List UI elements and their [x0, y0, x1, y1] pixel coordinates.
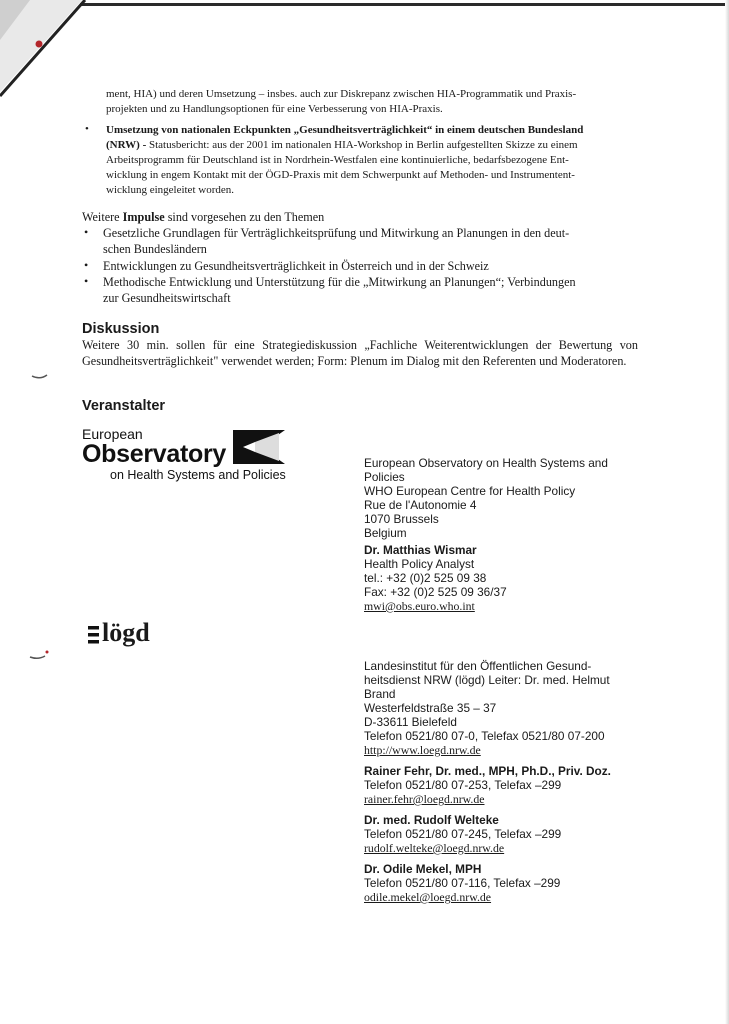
contact-role: Health Policy Analyst [364, 557, 644, 571]
contact-person-name: Dr. Matthias Wismar [364, 543, 644, 557]
contact-person-name: Dr. med. Rudolf Welteke [364, 813, 644, 827]
bullet-nrw-title-cont: (NRW) - [106, 139, 146, 151]
text-line: projekten und zu Handlungsoptionen für e… [106, 102, 636, 117]
diskussion-text: Weitere 30 min. sollen für eine Strategi… [82, 337, 638, 369]
bullet-icon: • [84, 274, 88, 289]
contact-phone: Telefon 0521/80 07-253, Telefax –299 [364, 778, 644, 792]
bullet-icon: • [85, 123, 89, 135]
email-link[interactable]: odile.mekel@loegd.nrw.de [364, 890, 491, 904]
logd-contact: Landesinstitut für den Öffentlichen Gesu… [364, 659, 644, 904]
website-link[interactable]: http://www.loegd.nrw.de [364, 743, 481, 757]
scan-mark-icon [28, 648, 50, 662]
page-corner-fold-icon [0, 0, 95, 100]
impulse-intro: Weitere Impulse sind vorgesehen zu den T… [82, 209, 638, 225]
bullet-icon: • [84, 258, 88, 273]
scan-top-edge [80, 3, 729, 6]
text-line: ment, HIA) und deren Umsetzung – insbes.… [106, 87, 636, 102]
scan-mark-icon [30, 372, 50, 382]
bullet-nrw: Umsetzung von nationalen Eckpunkten „Ges… [106, 123, 636, 198]
contact-fax: Fax: +32 (0)2 525 09 36/37 [364, 585, 644, 599]
logd-logo: lögd [88, 618, 150, 648]
section-heading-veranstalter: Veranstalter [82, 398, 165, 414]
text-line: wicklung eingeleitet worden. [106, 183, 636, 198]
contact-phone: Telefon 0521/80 07-245, Telefax –299 [364, 827, 644, 841]
impulse-item: Entwicklungen zu Gesundheitsverträglichk… [103, 258, 638, 274]
bullet-nrw-title: Umsetzung von nationalen Eckpunkten „Ges… [106, 124, 583, 136]
lighthouse-beam-icon [233, 430, 285, 464]
email-link[interactable]: rainer.fehr@loegd.nrw.de [364, 792, 484, 806]
bullet-icon: • [84, 225, 88, 240]
continuation-paragraph: ment, HIA) und deren Umsetzung – insbes.… [106, 87, 636, 117]
impulse-item: Methodische Entwicklung und Unterstützun… [103, 274, 638, 306]
email-link[interactable]: mwi@obs.euro.who.int [364, 599, 475, 613]
observatory-logo: European Observatory on Health Systems a… [82, 426, 292, 486]
text-line: Statusbericht: aus der 2001 im nationale… [146, 139, 577, 151]
logd-bars-icon [88, 626, 99, 644]
text-line: Arbeitsprogramm für Deutschland ist in N… [106, 153, 636, 168]
scan-right-edge [725, 0, 729, 1024]
impulse-item: Gesetzliche Grundlagen für Verträglichke… [103, 225, 638, 257]
text-line: wicklung in engem Kontakt mit der ÖGD-Pr… [106, 168, 636, 183]
contact-phone: tel.: +32 (0)2 525 09 38 [364, 571, 644, 585]
contact-person-name: Dr. Odile Mekel, MPH [364, 862, 644, 876]
contact-person-name: Rainer Fehr, Dr. med., MPH, Ph.D., Priv.… [364, 764, 644, 778]
section-heading-diskussion: Diskussion [82, 321, 159, 337]
contact-phone: Telefon 0521/80 07-116, Telefax –299 [364, 876, 644, 890]
email-link[interactable]: rudolf.welteke@loegd.nrw.de [364, 841, 504, 855]
observatory-contact: European Observatory on Health Systems a… [364, 456, 644, 613]
